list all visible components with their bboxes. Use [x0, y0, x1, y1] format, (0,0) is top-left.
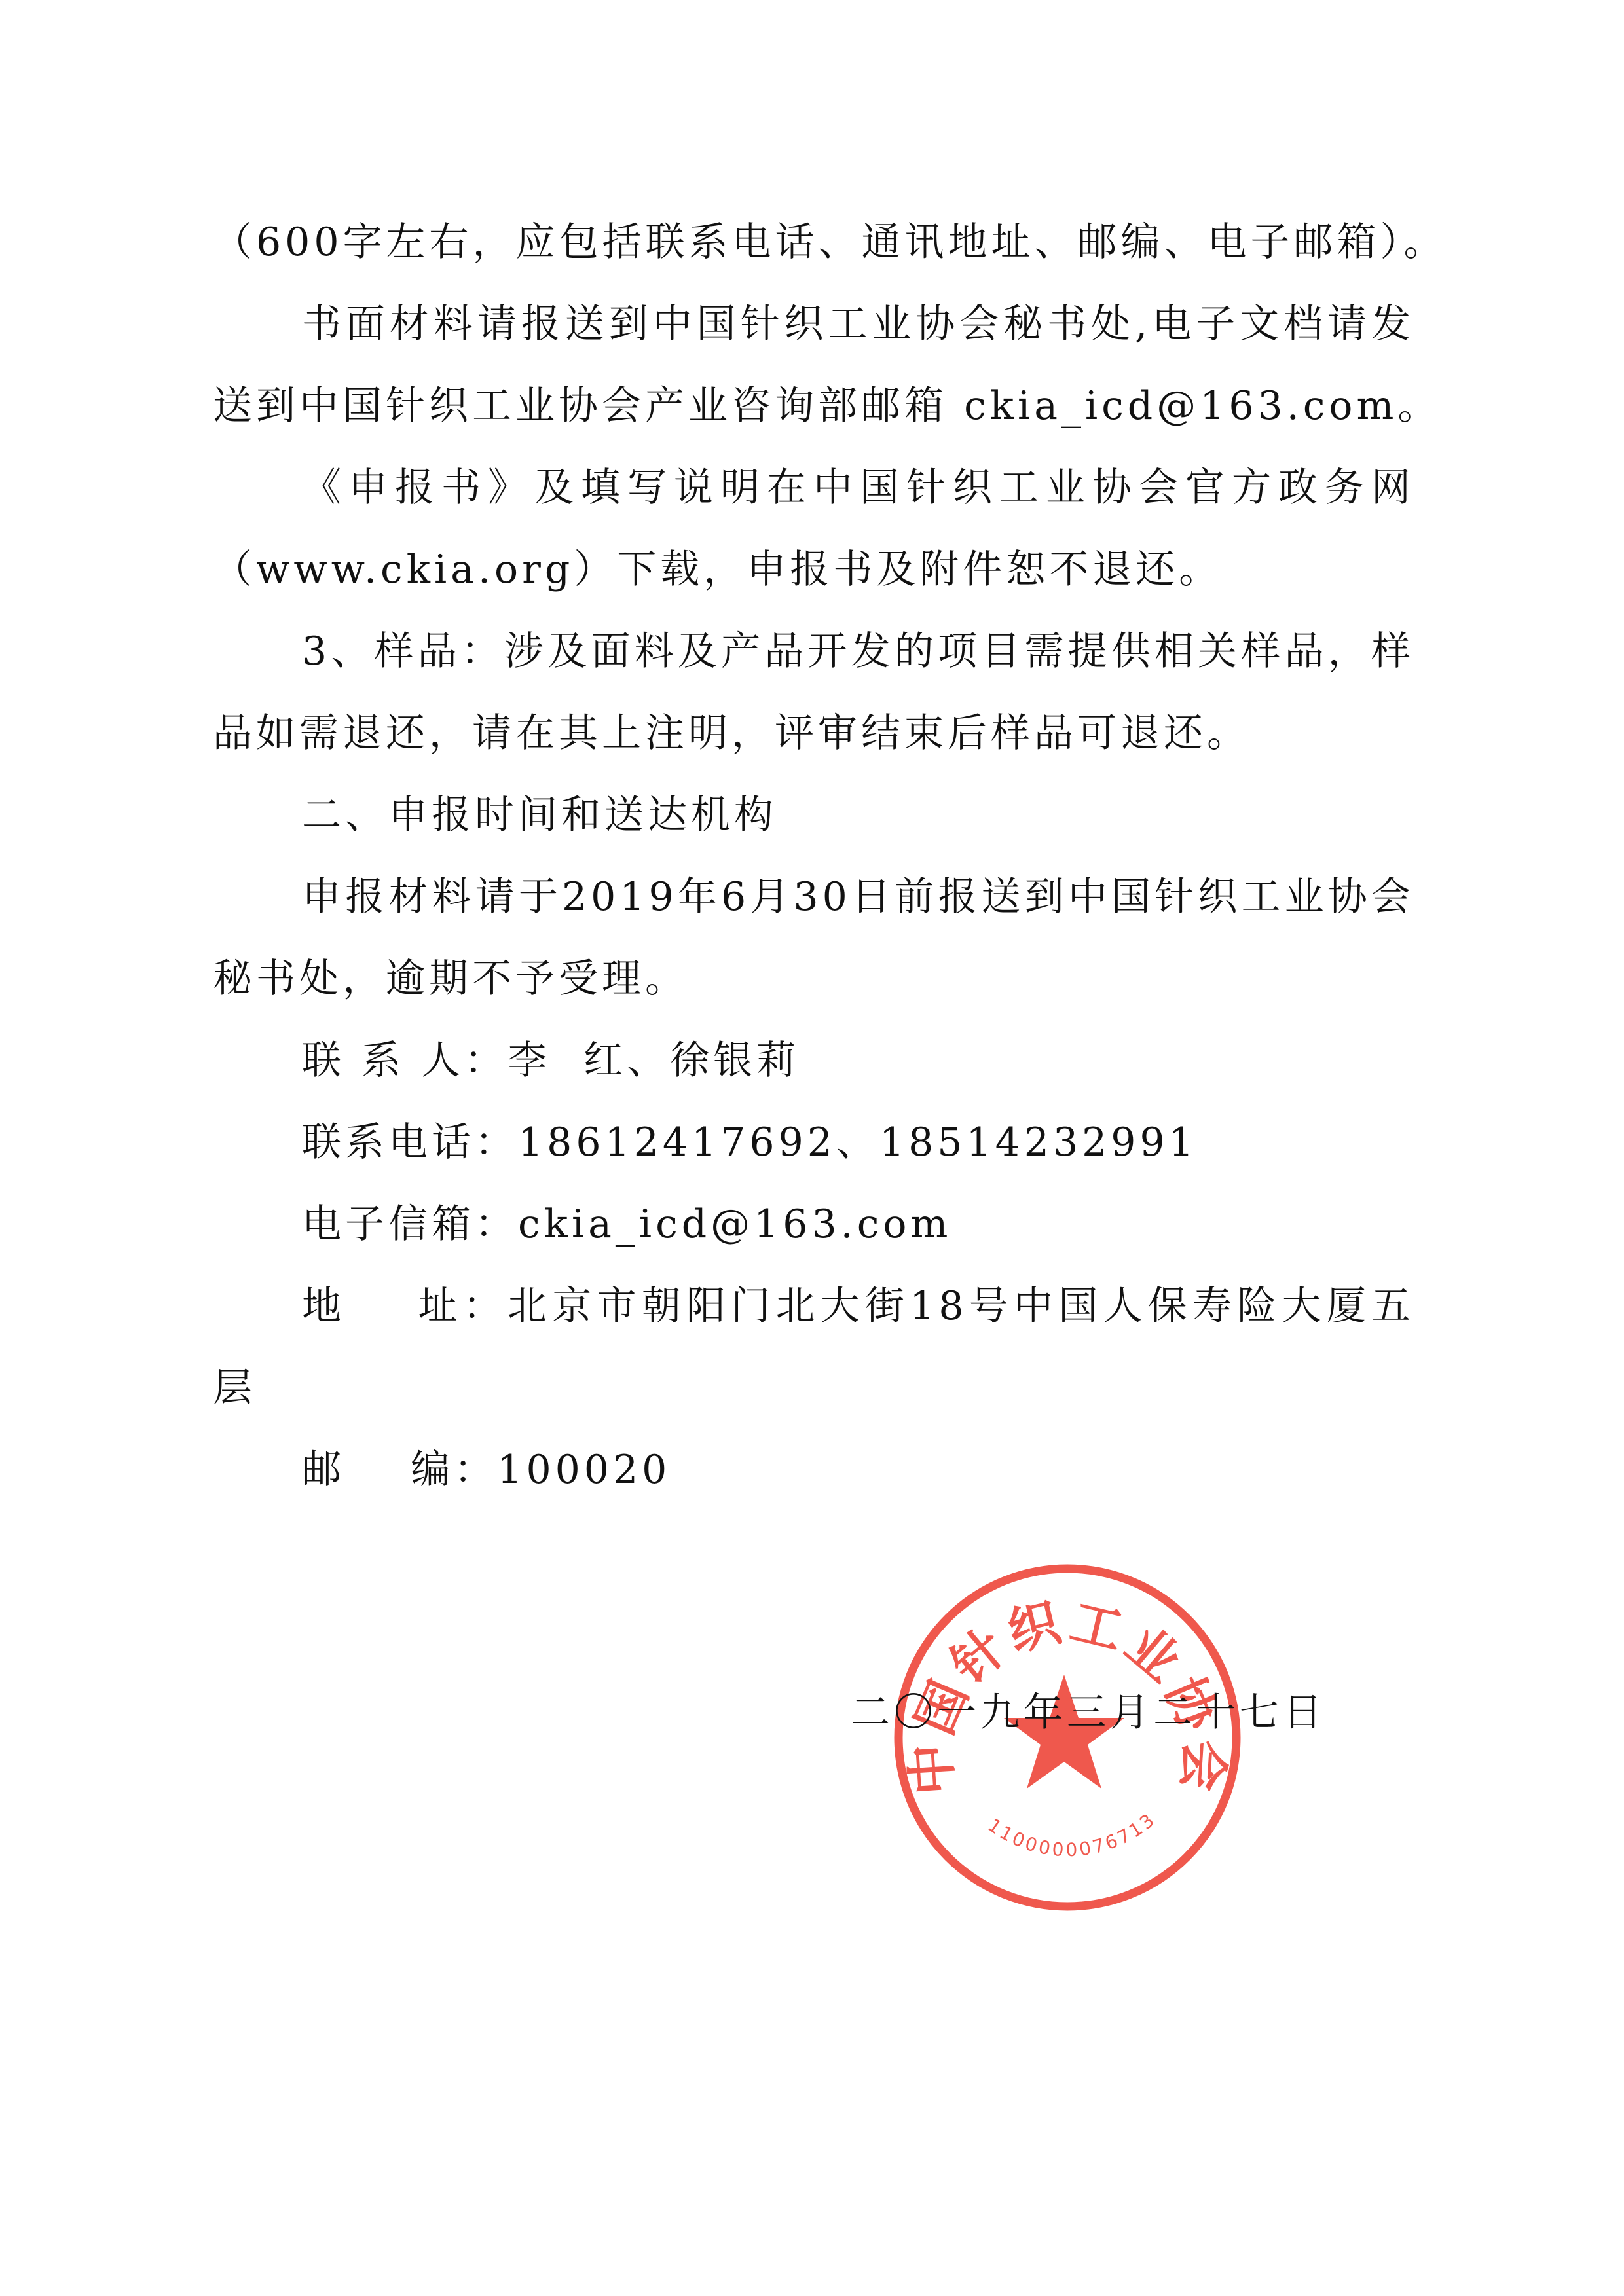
seal-code: 1100000076713	[984, 1808, 1160, 1861]
contact-phone-line: 联系电话：18612417692、18514232991	[213, 1102, 1414, 1184]
address-line-continued: 层	[213, 1347, 1414, 1429]
text-line: （www.ckia.org）下载，申报书及附件恕不退还。	[213, 529, 1414, 611]
document-page: （600字左右，应包括联系电话、通讯地址、邮编、电子邮箱）。 书面材料请报送到中…	[0, 0, 1624, 2296]
text-line: 《申报书》及填写说明在中国针织工业协会官方政务网	[213, 447, 1414, 529]
address-line: 地 址：北京市朝阳门北大街18号中国人保寿险大厦五	[213, 1266, 1414, 1347]
text-line: （600字左右，应包括联系电话、通讯地址、邮编、电子邮箱）。	[213, 202, 1414, 283]
text-line: 3、样品：涉及面料及产品开发的项目需提供相关样品，样	[213, 611, 1414, 693]
text-line: 申报材料请于2019年6月30日前报送到中国针织工业协会	[213, 856, 1414, 938]
text-line: 秘书处，逾期不予受理。	[213, 938, 1414, 1020]
contact-person-line: 联 系 人：李 红、徐银莉	[213, 1020, 1414, 1102]
section-heading: 二、申报时间和送达机构	[213, 774, 1414, 856]
text-line: 书面材料请报送到中国针织工业协会秘书处,电子文档请发	[213, 283, 1414, 365]
contact-email-line: 电子信箱：ckia_icd@163.com	[213, 1184, 1414, 1266]
text-line: 送到中国针织工业协会产业咨询部邮箱 ckia_icd@163.com。	[213, 365, 1414, 447]
postcode-line: 邮 编：100020	[213, 1429, 1414, 1511]
issue-date: 二〇一九年三月二十七日	[851, 1672, 1322, 1754]
text-line: 品如需退还，请在其上注明，评审结束后样品可退还。	[213, 693, 1414, 774]
